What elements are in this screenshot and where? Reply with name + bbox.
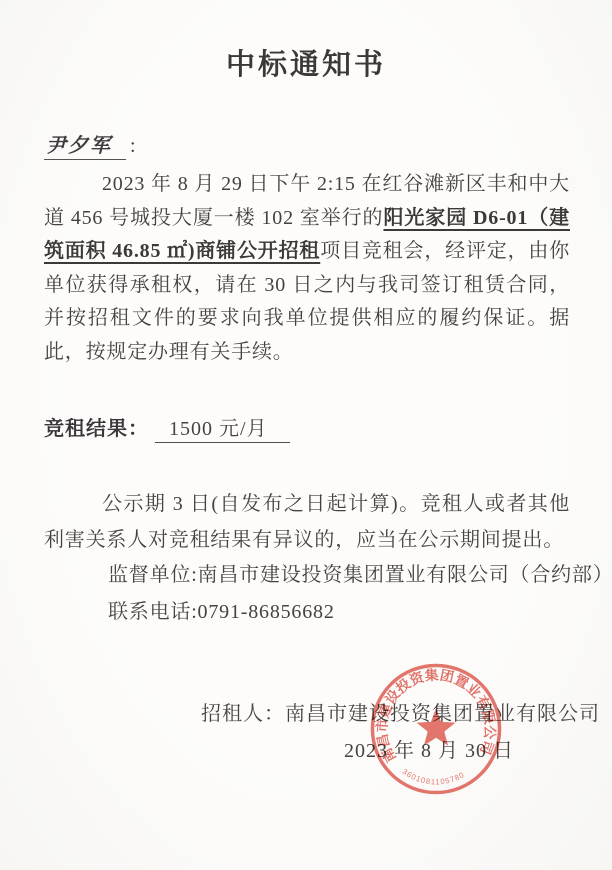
document-page: 中标通知书 尹夕军: 2023 年 8 月 29 日下午 2:15 在红谷滩新区… <box>0 0 612 870</box>
bid-result-value: 1500 元/月 <box>155 418 290 443</box>
recipient-line: 尹夕军: <box>44 129 136 158</box>
seal-number-container: 3601081105780 <box>401 767 467 787</box>
seal-star-icon <box>417 709 456 746</box>
phone-line: 联系电话:0791-86856682 <box>108 595 335 624</box>
body-paragraph-2: 公示期 3 日(自发布之日起计算)。竞租人或者其他利害关系人对竞租结果有异议的，… <box>44 487 570 558</box>
recipient-colon: : <box>130 135 136 157</box>
recipient-name: 尹夕军 <box>44 135 126 160</box>
supervisor-line: 监督单位:南昌市建设投资集团置业有限公司（合约部） <box>108 558 612 587</box>
bid-result-label: 竞租结果： <box>44 418 149 440</box>
company-seal: 南昌市建设投资集团置业有限公司 3601081105780 <box>354 647 518 811</box>
body-paragraph-1: 2023 年 8 月 29 日下午 2:15 在红谷滩新区丰和中大道 456 号… <box>44 168 570 369</box>
bid-result-line: 竞租结果：1500 元/月 <box>44 412 290 441</box>
seal-number: 3601081105780 <box>401 767 467 787</box>
document-title: 中标通知书 <box>0 42 612 83</box>
